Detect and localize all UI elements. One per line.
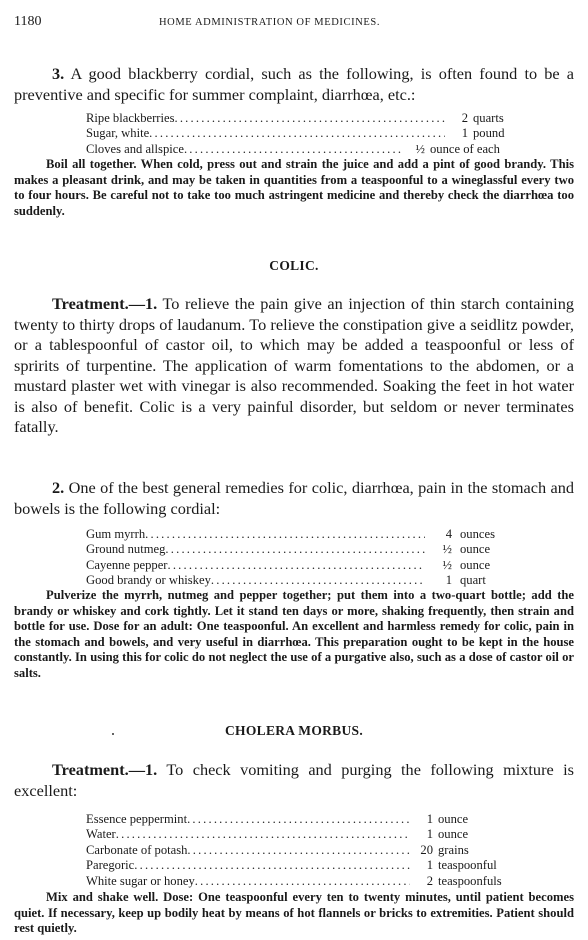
unit: grains	[433, 843, 518, 858]
section-heading-cholera-morbus: CHOLERA MORBUS.	[14, 723, 574, 739]
quantity: 1	[445, 126, 468, 141]
colic-recipe-list: Gum myrrh ..............................…	[86, 527, 518, 589]
treatment-label: Treatment.—1.	[52, 294, 157, 313]
recipe-row: Ground nutmeg ..........................…	[86, 542, 518, 557]
colic-item2-paragraph: 2. One of the best general remedies for …	[14, 478, 574, 519]
quantity: ½	[425, 558, 452, 573]
paragraph-text: Boil all together. When cold, press out …	[14, 157, 574, 218]
recipe-row: Cayenne pepper .........................…	[86, 558, 518, 573]
unit: ounce	[452, 542, 518, 557]
ingredient: Good brandy or whiskey	[86, 573, 211, 588]
section-heading-colic: COLIC.	[14, 258, 574, 274]
dot-leader: ........................................…	[145, 527, 425, 542]
ingredient: Essence peppermint	[86, 812, 187, 827]
unit: teaspoonfuls	[433, 874, 518, 889]
page-number: 1180	[14, 14, 41, 30]
quantity: 2	[410, 874, 433, 889]
cholera-treatment-paragraph: Treatment.—1. To check vomiting and purg…	[14, 760, 574, 801]
paragraph-text: One of the best general remedies for col…	[14, 478, 574, 518]
recipe-row: Essence peppermint .....................…	[86, 812, 518, 827]
dot-leader: ........................................…	[134, 858, 410, 873]
recipe-row: Ripe blackberries ......................…	[86, 111, 518, 126]
ingredient: Gum myrrh	[86, 527, 145, 542]
blackberry-recipe-list: Ripe blackberries ......................…	[86, 111, 518, 157]
ingredient: Water	[86, 827, 116, 842]
unit: teaspoonful	[433, 858, 518, 873]
quantity: 1	[425, 573, 452, 588]
dot-leader: ........................................…	[184, 142, 402, 157]
quantity: 1	[410, 858, 433, 873]
recipe-row: Carbonate of potash ....................…	[86, 843, 518, 858]
blackberry-intro-paragraph: 3. A good blackberry cordial, such as th…	[14, 64, 574, 105]
running-head: 1180 HOME ADMINISTRATION OF MEDICINES.	[14, 14, 574, 34]
paragraph-text: Pulverize the myrrh, nutmeg and pepper t…	[14, 588, 574, 680]
dot-leader: ........................................…	[195, 874, 410, 889]
ingredient: Carbonate of potash	[86, 843, 187, 858]
recipe-row: Sugar, white ...........................…	[86, 126, 518, 141]
dot-leader: ........................................…	[149, 126, 445, 141]
item-number: 2.	[52, 478, 64, 497]
dot-leader: ........................................…	[174, 111, 445, 126]
cholera-recipe-list: Essence peppermint .....................…	[86, 812, 518, 889]
unit: ounce of each	[425, 142, 518, 157]
quantity: 4	[425, 527, 452, 542]
cholera-instructions: Mix and shake well. Dose: One teaspoonfu…	[14, 890, 574, 937]
blackberry-instructions: Boil all together. When cold, press out …	[14, 157, 574, 219]
quantity: 1	[410, 827, 433, 842]
unit: ounce	[433, 812, 518, 827]
unit: quarts	[468, 111, 518, 126]
ingredient: Ripe blackberries	[86, 111, 174, 126]
ingredient: Cloves and allspice	[86, 142, 184, 157]
recipe-row: Good brandy or whiskey .................…	[86, 573, 518, 588]
dot-leader: ........................................…	[211, 573, 425, 588]
unit: ounce	[433, 827, 518, 842]
quantity: 2	[445, 111, 468, 126]
ingredient: Cayenne pepper	[86, 558, 167, 573]
dot-leader: ........................................…	[167, 558, 425, 573]
dot-leader: ........................................…	[165, 542, 425, 557]
recipe-row: Water ..................................…	[86, 827, 518, 842]
quantity: ½	[425, 542, 452, 557]
item-number: 3.	[52, 64, 64, 83]
dot-leader: ........................................…	[187, 812, 410, 827]
paragraph-text: Mix and shake well. Dose: One teaspoonfu…	[14, 890, 574, 935]
paragraph-text: A good blackberry cordial, such as the f…	[14, 64, 574, 104]
unit: ounces	[452, 527, 518, 542]
recipe-row: White sugar or honey ...................…	[86, 874, 518, 889]
quantity: 20	[410, 843, 433, 858]
ingredient: White sugar or honey	[86, 874, 195, 889]
dot-leader: ........................................…	[187, 843, 410, 858]
ingredient: Ground nutmeg	[86, 542, 165, 557]
recipe-row: Gum myrrh ..............................…	[86, 527, 518, 542]
paragraph-text: To relieve the pain give an injection of…	[14, 294, 574, 436]
unit: quart	[452, 573, 518, 588]
treatment-label: Treatment.—1.	[52, 760, 157, 779]
recipe-row: Paregoric ..............................…	[86, 858, 518, 873]
ingredient: Sugar, white	[86, 126, 149, 141]
unit: ounce	[452, 558, 518, 573]
dot-leader: ........................................…	[116, 827, 410, 842]
colic-treatment-paragraph: Treatment.—1. To relieve the pain give a…	[14, 294, 574, 438]
running-title: HOME ADMINISTRATION OF MEDICINES.	[159, 17, 380, 28]
quantity: 1	[410, 812, 433, 827]
quantity: ½	[402, 142, 425, 157]
ingredient: Paregoric	[86, 858, 134, 873]
unit: pound	[468, 126, 518, 141]
recipe-row: Cloves and allspice ....................…	[86, 142, 518, 157]
colic-instructions: Pulverize the myrrh, nutmeg and pepper t…	[14, 588, 574, 682]
